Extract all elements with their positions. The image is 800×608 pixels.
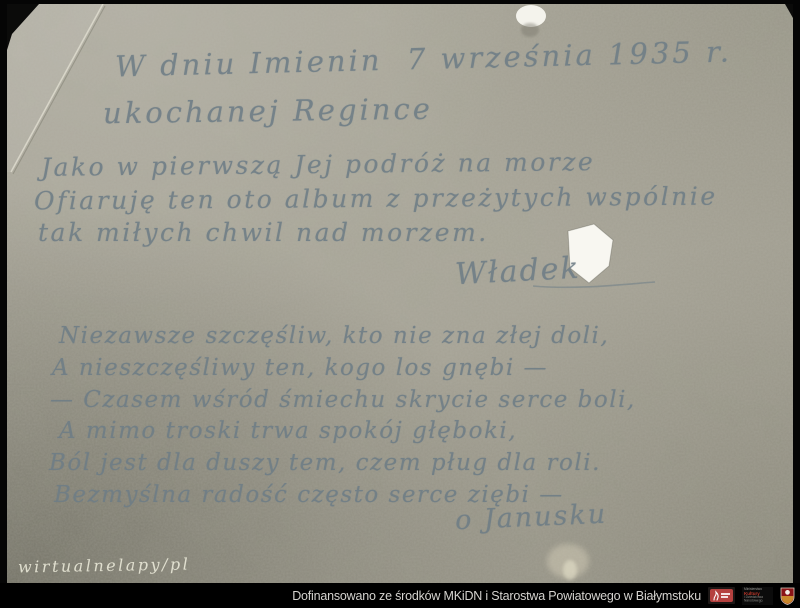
album-paper: W dniu Imienin 7 września 1935 r. ukocha… bbox=[7, 4, 793, 583]
poem-line-2: A nieszczęśliwy ten, kogo los gnębi — bbox=[52, 355, 548, 381]
funding-caption-text: Dofinansowano ze środków MKiDN i Starost… bbox=[292, 589, 701, 603]
logo-tiny-text-bar bbox=[721, 596, 728, 598]
powiat-coat-of-arms bbox=[780, 587, 795, 605]
dedication-line-4: Ofiaruję ten oto album z przeżytych wspó… bbox=[34, 182, 718, 216]
dedication-line-5: tak miłych chwil nad morzem. bbox=[38, 218, 489, 247]
poem-line-4: A mimo troski trwa spokój głęboki, bbox=[59, 418, 517, 444]
smudge-below-spot bbox=[521, 23, 539, 37]
dedication-line-recipient: ukochanej Regince bbox=[103, 92, 433, 131]
dedication-signature: Władek bbox=[454, 251, 581, 293]
torn-corner-top-right bbox=[785, 4, 793, 18]
paper-scuff-mark-small bbox=[563, 560, 577, 580]
poem-line-1: Niezawsze szczęśliw, kto nie zna złej do… bbox=[59, 323, 609, 349]
ministry-logo-line: Narodowego. bbox=[744, 599, 773, 602]
crease-highlight-region bbox=[7, 4, 103, 172]
poem-line-3: — Czasem wśród śmiechu skrycie serce bol… bbox=[50, 387, 636, 413]
red-program-logo-badge bbox=[710, 589, 733, 602]
logo-tiny-text-bar bbox=[721, 593, 730, 595]
coat-of-arms-shield-icon bbox=[780, 587, 795, 605]
caption-bar: Dofinansowano ze środków MKiDN i Starost… bbox=[0, 583, 800, 608]
scanned-album-page-photo: W dniu Imienin 7 września 1935 r. ukocha… bbox=[0, 0, 800, 608]
torn-white-spot-top bbox=[516, 5, 546, 27]
ministry-culture-logo: Ministerstwo Kultury i Dziedzictwa Narod… bbox=[742, 587, 773, 605]
paper-crease-shadow bbox=[13, 6, 105, 174]
red-program-logo bbox=[708, 587, 735, 604]
torn-corner-top-left bbox=[7, 4, 39, 50]
poem-line-5: Ból jest dla duszy tem, czem pług dla ro… bbox=[49, 450, 601, 476]
dedication-line-3: Jako w pierwszą Jej podróż na morze bbox=[41, 147, 596, 182]
dedication-line-date: W dniu Imienin 7 września 1935 r. bbox=[115, 34, 733, 83]
ministry-logo-text: Ministerstwo Kultury i Dziedzictwa Narod… bbox=[744, 588, 773, 605]
watermark-text: wirtualnelapy/pl bbox=[18, 554, 191, 576]
paper-crease-line bbox=[11, 4, 103, 172]
poem-signature: o Janusku bbox=[454, 499, 607, 537]
